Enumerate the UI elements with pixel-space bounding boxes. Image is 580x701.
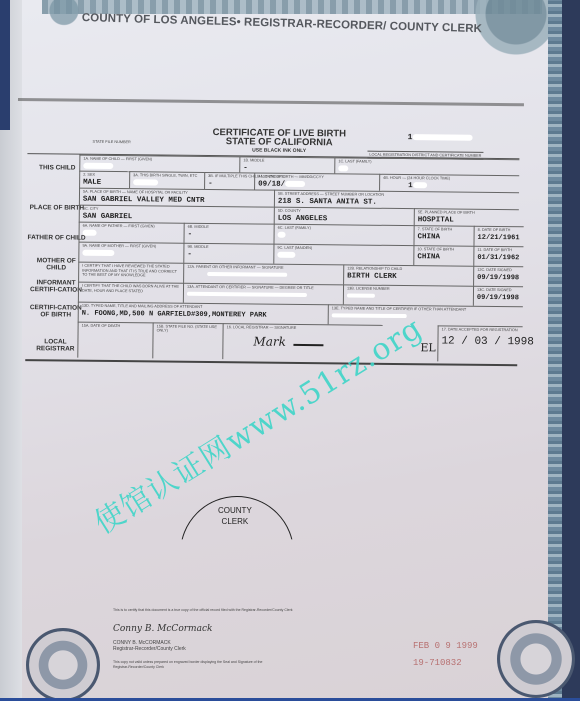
field-other-certifier: 13E. TYPED NAME AND TITLE OF CERTIFIER I… [328,304,523,326]
value: - [208,180,251,188]
value: MALE [83,179,126,187]
label: I CERTIFY THAT I HAVE REVIEWED THE STATE… [82,264,180,279]
form-grid: THIS CHILD PLACE OF BIRTH FATHER OF CHIL… [25,153,519,366]
field-father-dob: 8. DATE OF BIRTH 12/21/1961 [473,226,523,247]
clerk-signature: Conny B. McCormack [113,624,292,634]
label: 6C. LAST (FAMILY) [278,226,411,231]
california-state-seal-icon [26,628,100,701]
value: BIRTH CLERK [347,272,470,281]
label: 5A. PLACE OF BIRTH — NAME OF HOSPITAL OR… [83,190,271,196]
label: I CERTIFY THAT THE CHILD WAS BORN ALIVE … [82,284,180,294]
county-clerk-stamp-text: COUNTY CLERK [218,505,252,527]
field-mother-dob: 11. DATE OF BIRTH 01/31/1962 [473,246,523,267]
certification-footer: This is to certify that this document is… [113,608,292,670]
field-state-file-no: 15B. STATE FILE NO. (STATE USE ONLY) [152,322,222,359]
certificate-title: CERTIFICATE OF LIVE BIRTH STATE OF CALIF… [212,128,346,156]
redaction [338,165,348,171]
label: 9B. MIDDLE [187,245,270,250]
informant-statement: I CERTIFY THAT I HAVE REVIEWED THE STATE… [78,262,183,283]
issue-date: FEB 0 9 1999 [413,638,478,655]
stamp-line-1: COUNTY [218,505,252,516]
field-date-of-birth: 4A. DATE OF BIRTH — MM/DD/CCYY 09/18/ [254,172,379,190]
certifier-statement: I CERTIFY THAT THE CHILD WAS BORN ALIVE … [78,282,183,303]
value: CHINA [417,253,470,262]
engraved-border-top [42,0,542,14]
label: 13E. TYPED NAME AND TITLE OF CERTIFIER I… [332,306,520,312]
label: 7. STATE OF BIRTH [418,227,471,232]
field-date-accepted: 17. DATE ACCEPTED FOR REGISTRATION 12 / … [437,325,522,362]
value: LOS ANGELES [278,215,411,224]
border-ornament-top-left [40,0,80,35]
field-child-middle: 1B. MIDDLE - [239,156,334,173]
redaction [83,163,113,169]
field-license-number: 13B. LICENSE NUMBER [343,284,473,305]
label: 15A. DATE OF DEATH [82,324,150,329]
redaction [187,292,307,297]
field-father-birthplace: 7. STATE OF BIRTH CHINA [413,225,473,246]
redaction [207,272,287,277]
attestation-text: This is to certify that this document is… [113,608,292,612]
label: 2. SEX [83,173,126,177]
redaction [277,252,295,258]
field-mother-first: 9A. NAME OF MOTHER — FIRST (GIVEN) [78,242,183,263]
field-father-last: 6C. LAST (FAMILY) [273,224,413,245]
field-father-middle: 6B. MIDDLE - [183,223,273,244]
value: 09/19/1998 [477,274,520,282]
value: 12/21/1961 [478,234,521,242]
field-informant-signature: 12A. PARENT OR OTHER INFORMANT — SIGNATU… [183,263,343,285]
field-mother-birthplace: 10. STATE OF BIRTH CHINA [413,245,473,266]
label: 16. LOCAL REGISTRAR — SIGNATURE [227,325,380,331]
label: 15B. STATE FILE NO. (STATE USE ONLY) [157,324,220,333]
background-strip [0,0,10,130]
value: CHINA [418,233,471,242]
redaction [412,134,472,141]
redaction [413,182,427,188]
label: 13B. LICENSE NUMBER [347,286,470,291]
label: 10. STATE OF BIRTH [417,247,470,252]
redaction [278,232,286,238]
field-multiple-order: 3B. IF MULTIPLE THIS CHILD 1ST 2ND ETC - [204,172,254,190]
state-file-number-label: STATE FILE NUMBER [93,140,131,144]
field-father-first: 6A. NAME OF FATHER — FIRST (GIVEN) [78,222,183,243]
value: HOSPITAL [418,216,516,225]
validity-note: This copy not valid unless prepared on e… [113,660,292,670]
label: 5E. PLANNED PLACE OF BIRTH [418,210,516,215]
issue-date-stamp: FEB 0 9 1999 19-710832 [413,638,478,672]
label: 1C. LAST (FAMILY) [338,159,516,165]
field-sex: 2. SEX MALE [79,171,129,189]
label: 12C. DATE SIGNED [477,268,520,272]
redaction [82,250,114,256]
field-certifier-signature: 13A. ATTENDANT OR CERTIFIER — SIGNATURE … [183,283,343,305]
field-planned-place: 5E. PLANNED PLACE OF BIRTH HOSPITAL [414,208,519,226]
label: 6B. MIDDLE [188,225,271,230]
label: 11. DATE OF BIRTH [477,248,520,252]
field-city: 5C. CITY SAN GABRIEL [79,205,274,224]
field-mother-maiden: 9C. LAST (MAIDEN) [273,244,413,265]
field-facility: 5A. PLACE OF BIRTH — NAME OF HOSPITAL OR… [79,188,274,207]
value: 09/18/ [258,181,285,189]
stamp-line-2: CLERK [218,516,252,527]
value: N. FOONG,MD,500 N GARFIELD#309,MONTEREY … [82,310,325,321]
note-line-2: Registrar-Recorder/County Clerk [113,665,292,670]
label: 12B. RELATIONSHIP TO CHILD [347,266,470,271]
redaction [83,230,97,236]
label: 3B. IF MULTIPLE THIS CHILD 1ST 2ND ETC [208,174,251,178]
registrar-signature: Mark [253,334,323,349]
los-angeles-county-seal-icon [497,620,575,698]
field-child-last: 1C. LAST (FAMILY) [334,157,519,175]
certificate-number: 1 [408,133,473,143]
label: 3A. THIS BIRTH SINGLE, TWIN, ETC [133,173,201,178]
label: 13C. DATE SIGNED [477,288,520,292]
field-hour-of-birth: 4B. HOUR — (24 HOUR CLOCK TIME) 1 [379,174,519,192]
field-informant-date: 12C. DATE SIGNED 09/19/1998 [473,266,523,287]
field-date-of-death: 15A. DATE OF DEATH [77,322,152,359]
value: 1 [408,182,413,190]
birth-certificate-form: STATE FILE NUMBER CERTIFICATE OF LIVE BI… [15,98,524,365]
value: 09/19/1998 [477,294,520,302]
label: 13A. ATTENDANT OR CERTIFIER — SIGNATURE … [187,285,340,291]
field-mother-middle: 9B. MIDDLE - [183,243,273,264]
label: 6A. NAME OF FATHER — FIRST (GIVEN) [83,224,181,229]
redaction [285,181,305,187]
value: - [188,231,271,240]
label: 1A. NAME OF CHILD — FIRST (GIVEN) [83,157,236,163]
clerk-title: Registrar-Recorder/County Clerk [113,646,292,652]
value: 12 / 03 / 1998 [441,335,519,348]
field-county: 5D. COUNTY LOS ANGELES [274,207,414,225]
label: 5D. COUNTY [278,209,411,214]
field-attendant: 13D. TYPED NAME, TITLE AND MAILING ADDRE… [78,302,328,325]
value: 01/31/1962 [477,254,520,262]
label: 8. DATE OF BIRTH [478,228,521,232]
label: 9C. LAST (MAIDEN) [277,246,410,251]
label: 17. DATE ACCEPTED FOR REGISTRATION [442,327,520,332]
label: 4B. HOUR — (24 HOUR CLOCK TIME) [383,176,516,181]
value: - [187,251,270,260]
redaction [133,179,158,185]
field-birth-type: 3A. THIS BIRTH SINGLE, TWIN, ETC [129,171,204,189]
label: 4A. DATE OF BIRTH — MM/DD/CCYY [258,175,376,180]
label: 9A. NAME OF MOTHER — FIRST (GIVEN) [82,244,180,249]
redaction [347,293,375,297]
label: 12A. PARENT OR OTHER INFORMANT — SIGNATU… [187,265,340,271]
label: 1B. MIDDLE [243,158,331,163]
label: 5C. CITY [83,207,271,213]
field-relationship: 12B. RELATIONSHIP TO CHILD BIRTH CLERK [343,264,473,285]
field-certifier-date: 13C. DATE SIGNED 09/19/1998 [473,286,523,307]
serial-number: 19-710832 [413,655,478,672]
field-child-first-name: 1A. NAME OF CHILD — FIRST (GIVEN) [79,155,239,173]
